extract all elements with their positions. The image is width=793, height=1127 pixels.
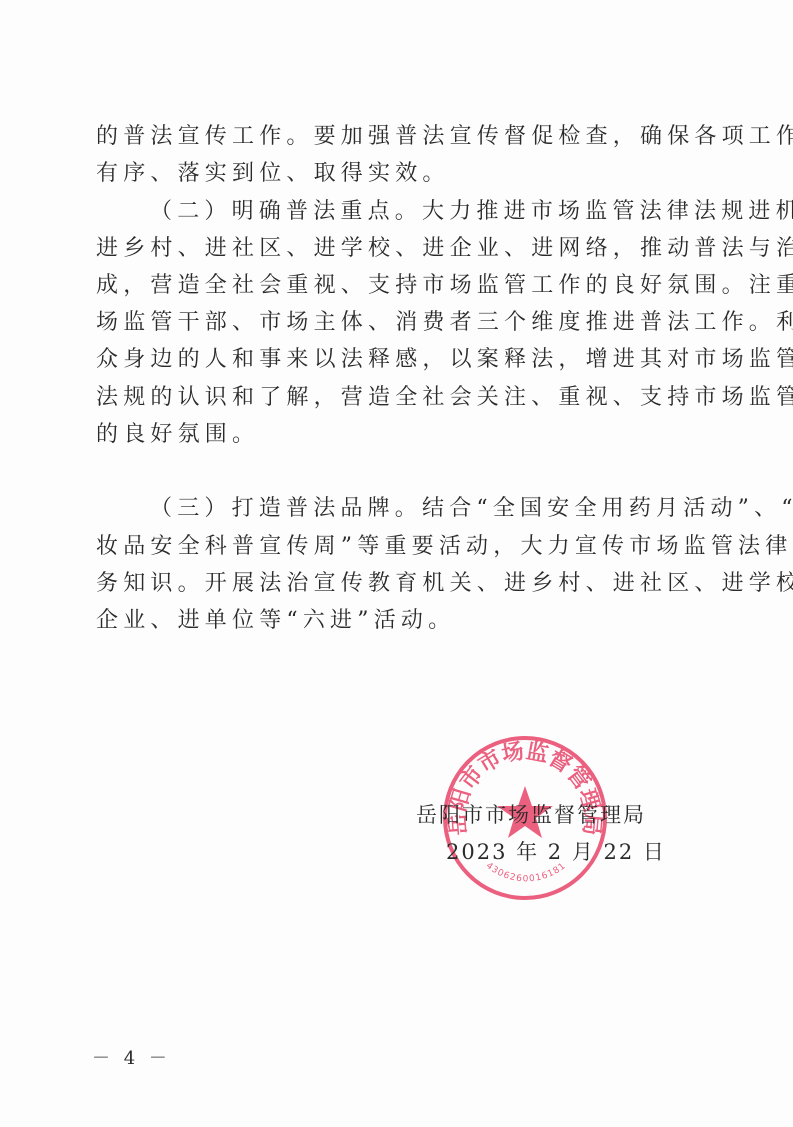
body-line: 妆品安全科普宣传周”等重要活动，大力宣传市场监管法律和业 <box>96 532 793 562</box>
section-heading-line: （二）明确普法重点。大力推进市场监管法律法规进机关、 <box>150 197 793 227</box>
body-line: 法规的认识和了解，营造全社会关注、重视、支持市场监管工作 <box>96 383 793 413</box>
body-line: 务知识。开展法治宣传教育机关、进乡村、进社区、进学校、进 <box>96 569 793 599</box>
section-heading-line: （三）打造普法品牌。结合“全国安全用药月活动”、“化 <box>150 494 793 524</box>
body-line: 场监管干部、市场主体、消费者三个维度推进普法工作。利用群 <box>96 308 793 338</box>
body-line: 成，营造全社会重视、支持市场监管工作的良好氛围。注重从市 <box>96 271 793 301</box>
body-line: 众身边的人和事来以法释感，以案释法，增进其对市场监管法律 <box>96 345 793 375</box>
body-line: 有序、落实到位、取得实效。 <box>96 159 450 189</box>
body-line: 进乡村、进社区、进学校、进企业、进网络，推动普法与治理集 <box>96 234 793 264</box>
body-line: 企业、进单位等“六进”活动。 <box>96 606 455 636</box>
signature-organization: 岳阳市市场监督管理局 <box>416 801 646 829</box>
body-line: 的普法宣传工作。要加强普法宣传督促检查，确保各项工作开展 <box>96 122 793 152</box>
document-page: 的普法宣传工作。要加强普法宣传督促检查，确保各项工作开展 有序、落实到位、取得实… <box>0 0 793 1127</box>
body-line: 的良好氛围。 <box>96 420 259 450</box>
signature-date: 2023 年 2 月 22 日 <box>446 838 666 866</box>
page-number: － 4 － <box>92 1044 171 1070</box>
